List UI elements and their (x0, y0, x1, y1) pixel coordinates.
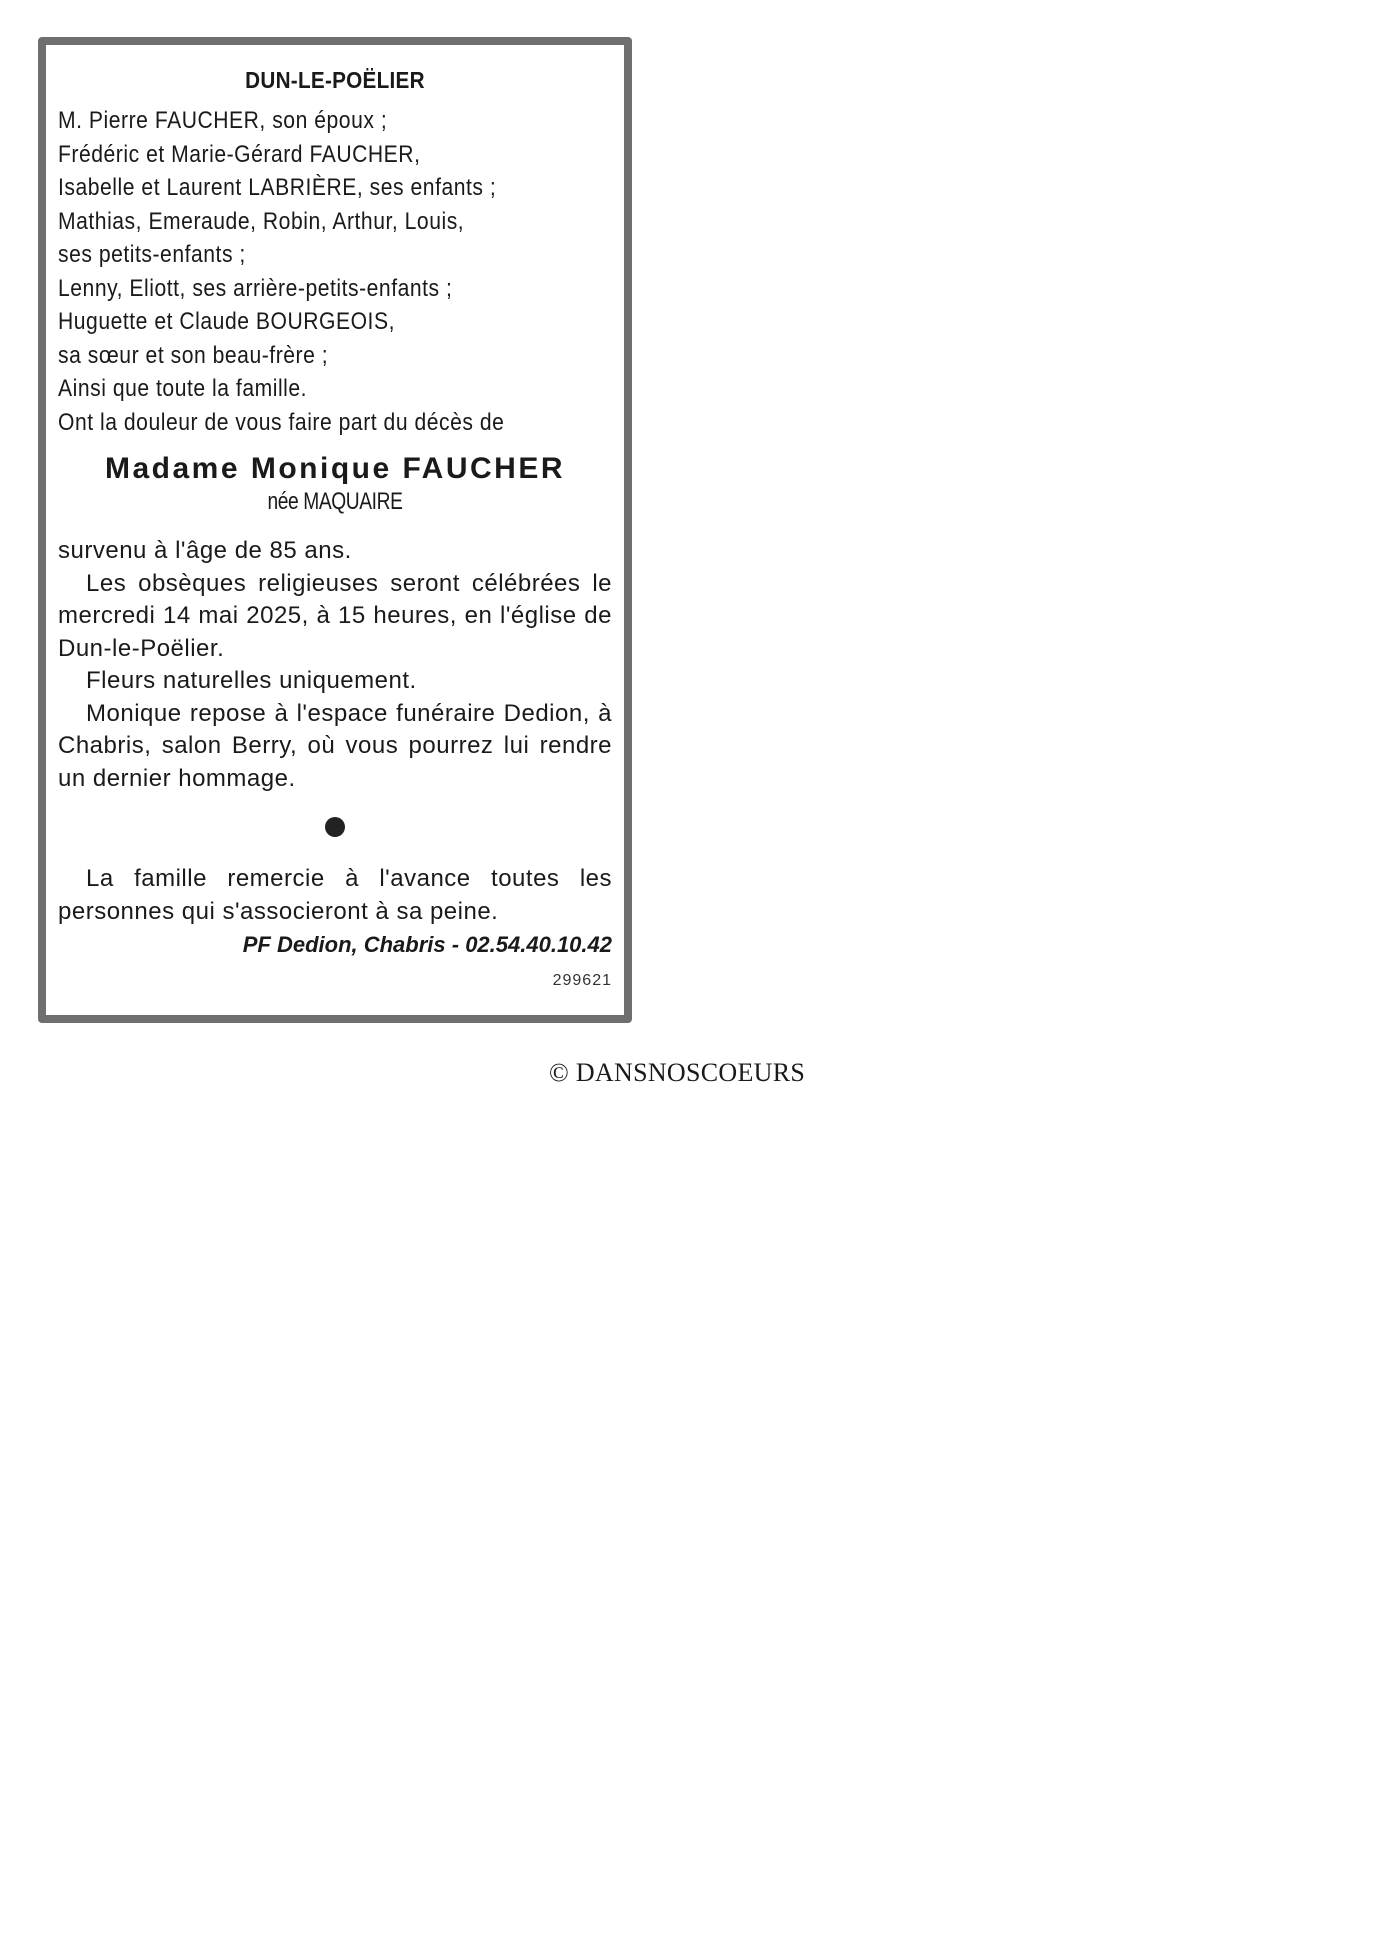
copyright-text: © DANSNOSCOEURS (549, 1058, 805, 1088)
flowers-paragraph: Fleurs naturelles uniquement. (58, 665, 612, 698)
family-line: Huguette et Claude BOURGEOIS, (58, 305, 546, 339)
reference-number: 299621 (58, 972, 612, 990)
family-line: Isabelle et Laurent LABRIÈRE, ses enfant… (58, 171, 546, 205)
family-line: Frédéric et Marie-Gérard FAUCHER, (58, 138, 546, 172)
thanks-paragraph: La famille remercie à l'avance toutes le… (58, 863, 612, 928)
ceremony-paragraph: Les obsèques religieuses seront célébrée… (58, 568, 612, 666)
funeral-home-signature: PF Dedion, Chabris - 02.54.40.10.42 (58, 930, 612, 960)
family-line: Ainsi que toute la famille. (58, 372, 546, 406)
obituary-notice: DUN-LE-POËLIER M. Pierre FAUCHER, son ép… (38, 37, 632, 1023)
rest-paragraph: Monique repose à l'espace funéraire Dedi… (58, 698, 612, 796)
maiden-name: née MAQUAIRE (113, 487, 556, 517)
family-line: Ont la douleur de vous faire part du déc… (58, 406, 546, 440)
family-line: M. Pierre FAUCHER, son époux ; (58, 104, 546, 138)
family-line: Lenny, Eliott, ses arrière-petits-enfant… (58, 272, 546, 306)
family-line: sa sœur et son beau-frère ; (58, 339, 546, 373)
town-heading: DUN-LE-POËLIER (86, 67, 585, 94)
family-line: ses petits-enfants ; (58, 238, 546, 272)
family-line: Mathias, Emeraude, Robin, Arthur, Louis, (58, 205, 546, 239)
bullet-separator-icon (325, 817, 345, 837)
age-line: survenu à l'âge de 85 ans. (58, 535, 612, 568)
family-list: M. Pierre FAUCHER, son époux ; Frédéric … (58, 104, 612, 439)
deceased-name: Madame Monique FAUCHER (58, 451, 612, 487)
